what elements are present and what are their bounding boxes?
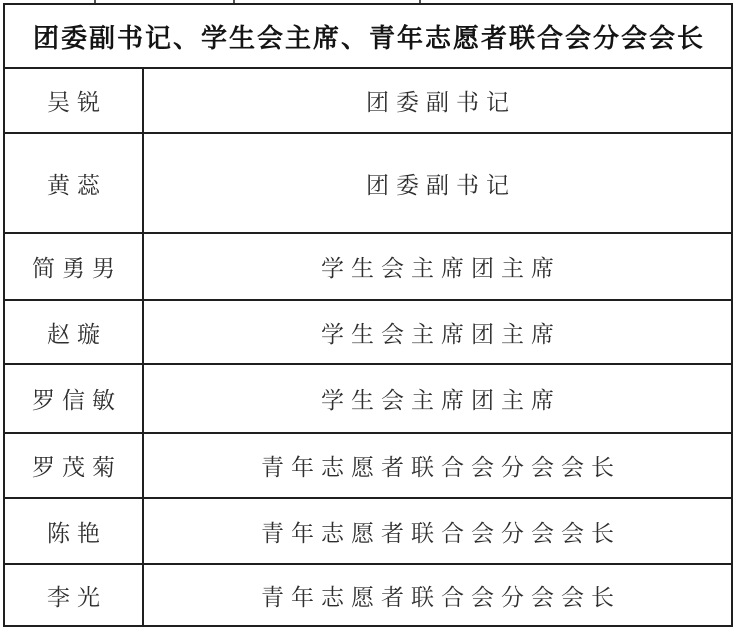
member-name: 李光 — [47, 579, 107, 612]
roster-table: 团委副书记、学生会主席、青年志愿者联合会分会会长 吴锐团委副书记黄蕊团委副书记简… — [3, 3, 733, 627]
table-row: 赵璇学生会主席团主席 — [5, 299, 731, 363]
table-row: 李光青年志愿者联合会分会会长 — [5, 563, 731, 625]
member-position: 团委副书记 — [366, 84, 516, 117]
member-position: 团委副书记 — [366, 167, 516, 200]
member-position: 青年志愿者联合会分会会长 — [261, 579, 621, 612]
position-cell: 团委副书记 — [144, 134, 731, 232]
member-position: 学生会主席团主席 — [321, 382, 561, 415]
table-row: 吴锐团委副书记 — [5, 67, 731, 132]
member-name: 罗茂菊 — [32, 449, 122, 482]
name-cell: 简勇男 — [5, 234, 144, 299]
position-cell: 青年志愿者联合会分会会长 — [144, 499, 731, 563]
position-cell: 青年志愿者联合会分会会长 — [144, 434, 731, 497]
member-position: 学生会主席团主席 — [321, 316, 561, 349]
name-cell: 黄蕊 — [5, 134, 144, 232]
member-name: 吴锐 — [47, 84, 107, 117]
member-position: 青年志愿者联合会分会会长 — [261, 449, 621, 482]
table-row: 黄蕊团委副书记 — [5, 132, 731, 232]
name-cell: 赵璇 — [5, 301, 144, 363]
table-title-row: 团委副书记、学生会主席、青年志愿者联合会分会会长 — [5, 5, 731, 67]
position-cell: 青年志愿者联合会分会会长 — [144, 565, 731, 625]
table-title: 团委副书记、学生会主席、青年志愿者联合会分会会长 — [33, 18, 705, 55]
name-cell: 罗茂菊 — [5, 434, 144, 497]
name-cell: 陈艳 — [5, 499, 144, 563]
member-name: 陈艳 — [47, 515, 107, 548]
member-name: 黄蕊 — [47, 167, 107, 200]
name-cell: 罗信敏 — [5, 365, 144, 432]
name-cell: 吴锐 — [5, 69, 144, 132]
position-cell: 团委副书记 — [144, 69, 731, 132]
table-row: 罗信敏学生会主席团主席 — [5, 363, 731, 432]
position-cell: 学生会主席团主席 — [144, 365, 731, 432]
member-name: 赵璇 — [47, 316, 107, 349]
name-cell: 李光 — [5, 565, 144, 625]
table-body: 吴锐团委副书记黄蕊团委副书记简勇男学生会主席团主席赵璇学生会主席团主席罗信敏学生… — [5, 67, 731, 625]
table-row: 简勇男学生会主席团主席 — [5, 232, 731, 299]
position-cell: 学生会主席团主席 — [144, 234, 731, 299]
member-name: 简勇男 — [32, 250, 122, 283]
position-cell: 学生会主席团主席 — [144, 301, 731, 363]
member-position: 学生会主席团主席 — [321, 250, 561, 283]
table-row: 陈艳青年志愿者联合会分会会长 — [5, 497, 731, 563]
member-position: 青年志愿者联合会分会会长 — [261, 515, 621, 548]
table-row: 罗茂菊青年志愿者联合会分会会长 — [5, 432, 731, 497]
member-name: 罗信敏 — [32, 382, 122, 415]
